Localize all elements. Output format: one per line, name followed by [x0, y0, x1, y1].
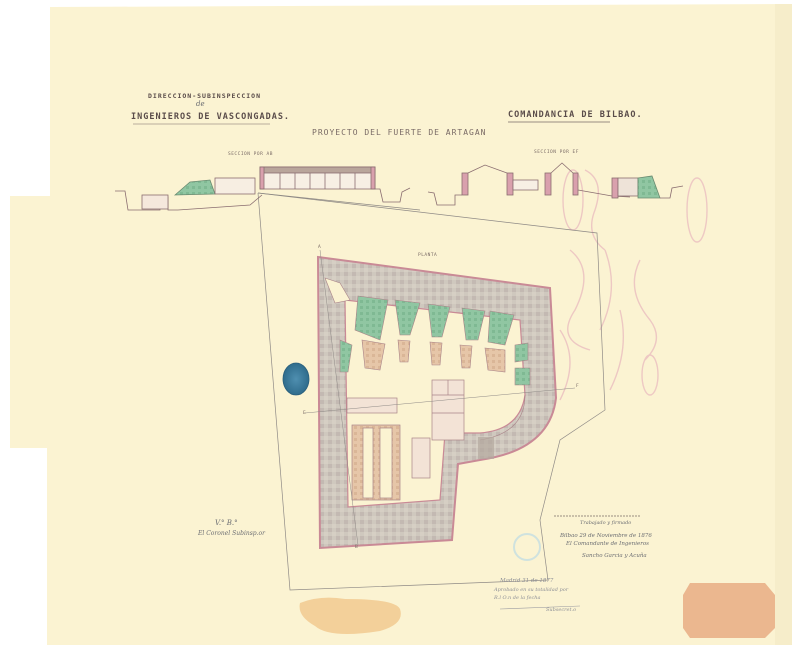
section-ef-label: SECCION POR EF	[534, 150, 579, 155]
signature-block-line2: El Comandante de Ingenieros	[566, 541, 649, 547]
bottom-note-sign: Subsecret.o	[546, 607, 576, 613]
left-signature-line2: El Coronel Subinsp.or	[198, 530, 265, 537]
section-ab-label: SECCION POR AB	[228, 152, 273, 157]
bottom-note-line1: Madrid 31 de 1877	[500, 578, 553, 584]
header-right-title: COMANDANCIA DE BILBAO.	[508, 110, 643, 120]
signature-block-header: Trabajado y firmado	[580, 520, 631, 526]
marker-f: F	[576, 384, 579, 389]
blue-ink-stamp	[283, 363, 309, 395]
marker-b: B	[355, 545, 358, 550]
marker-a: A	[318, 245, 321, 250]
header-left-line3: INGENIEROS DE VASCONGADAS.	[131, 112, 290, 122]
plan-sheet: DIRECCION-SUBINSPECCION de INGENIEROS DE…	[0, 0, 800, 655]
plan-label: PLANTA	[418, 253, 437, 258]
bottom-note-line3: R.l O.n de la fecha	[494, 595, 540, 601]
header-left-line2: de	[196, 100, 205, 108]
bottom-note-line2: Aprobado en su totalidad por	[494, 587, 568, 593]
marker-e: E	[303, 411, 306, 416]
drawing-svg	[0, 0, 800, 655]
stamp-seal-bottom-right	[683, 583, 775, 638]
signature-block-line3: Sancho Garcia y Acuña	[582, 553, 647, 559]
header-left-line1: DIRECCION-SUBINSPECCION	[148, 92, 261, 100]
signature-block-line1: Bilbao 29 de Noviembre de 1876	[560, 533, 652, 539]
left-signature-line1: V.° B.°	[215, 519, 238, 527]
project-title: PROYECTO DEL FUERTE DE ARTAGAN	[312, 128, 487, 137]
